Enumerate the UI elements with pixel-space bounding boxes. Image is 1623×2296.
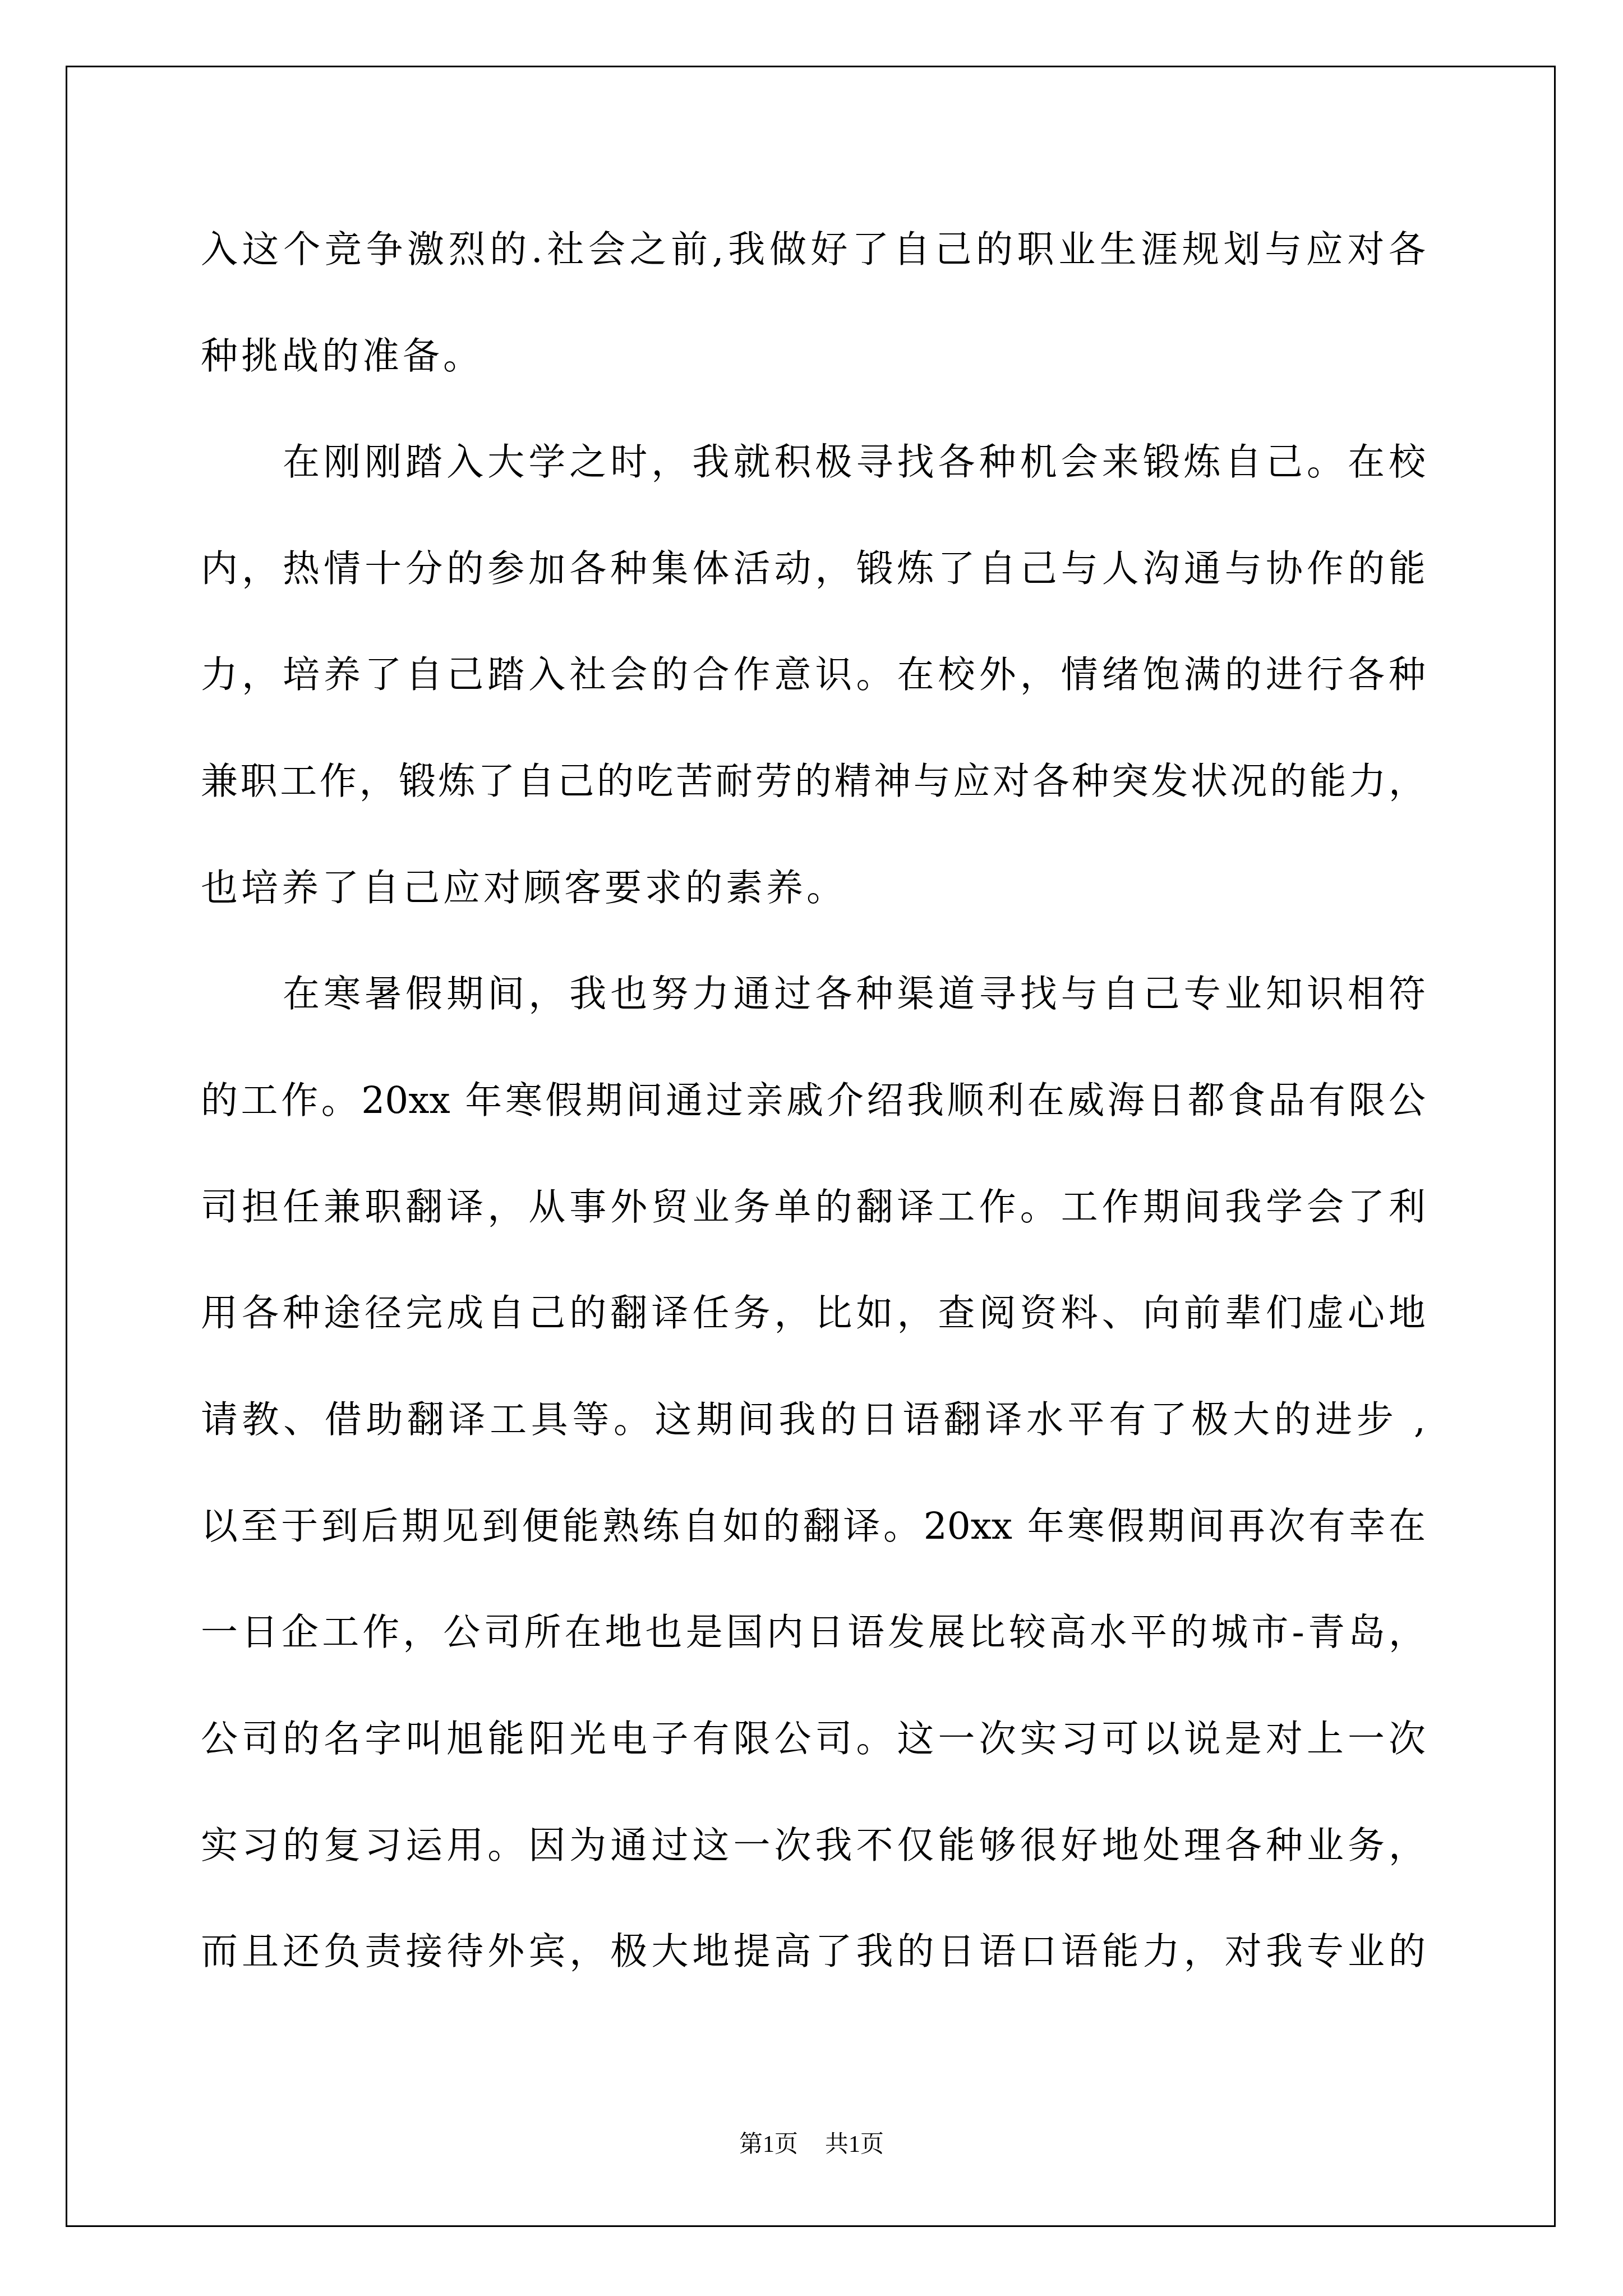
text-line: 公司的名字叫旭能阳光电子有限公司。这一次实习可以说是对上一次 (201, 1717, 1426, 1761)
paragraph-first-line: 在刚刚踏入大学之时，我就积极寻找各种机会来锻炼自己。在校 (201, 440, 1426, 485)
page-border (66, 66, 1556, 2227)
text-line: 而且还负责接待外宾，极大地提高了我的日语口语能力，对我专业的 (201, 1929, 1426, 1974)
text-line: 实习的复习运用。因为通过这一次我不仅能够很好地处理各种业务， (201, 1823, 1426, 1868)
text-line: 入这个竞争激烈的.社会之前,我做好了自己的职业生涯规划与应对各 (201, 227, 1426, 272)
paragraph-first-line: 在寒暑假期间，我也努力通过各种渠道寻找与自己专业知识相符 (201, 972, 1426, 1016)
page-number-total: 共1页 (825, 2131, 884, 2159)
text-line: 司担任兼职翻译，从事外贸业务单的翻译工作。工作期间我学会了利 (201, 1185, 1426, 1230)
text-line: 也培养了自己应对顾客要求的素养。 (201, 866, 1426, 910)
text-line: 的工作。20xx 年寒假期间通过亲戚介绍我顺利在威海日都食品有限公 (201, 1078, 1426, 1123)
page-number-current: 第1页 (739, 2131, 798, 2159)
text-line: 以至于到后期见到便能熟练自如的翻译。20xx 年寒假期间再次有幸在 (201, 1504, 1426, 1549)
text-line: 一日企工作，公司所在地也是国内日语发展比较高水平的城市-青岛， (201, 1610, 1426, 1655)
text-line: 力，培养了自己踏入社会的合作意识。在校外，情绪饱满的进行各种 (201, 652, 1426, 697)
text-line: 内，热情十分的参加各种集体活动，锻炼了自己与人沟通与协作的能 (201, 546, 1426, 591)
page-footer: 第1页共1页 (0, 2131, 1623, 2159)
text-line: 种挑战的准备。 (201, 334, 1426, 379)
text-line: 请教、借助翻译工具等。这期间我的日语翻译水平有了极大的进步 , (201, 1397, 1426, 1442)
text-line: 用各种途径完成自己的翻译任务，比如，查阅资料、向前辈们虚心地 (201, 1291, 1426, 1336)
text-line: 兼职工作，锻炼了自己的吃苦耐劳的精神与应对各种突发状况的能力， (201, 759, 1426, 804)
